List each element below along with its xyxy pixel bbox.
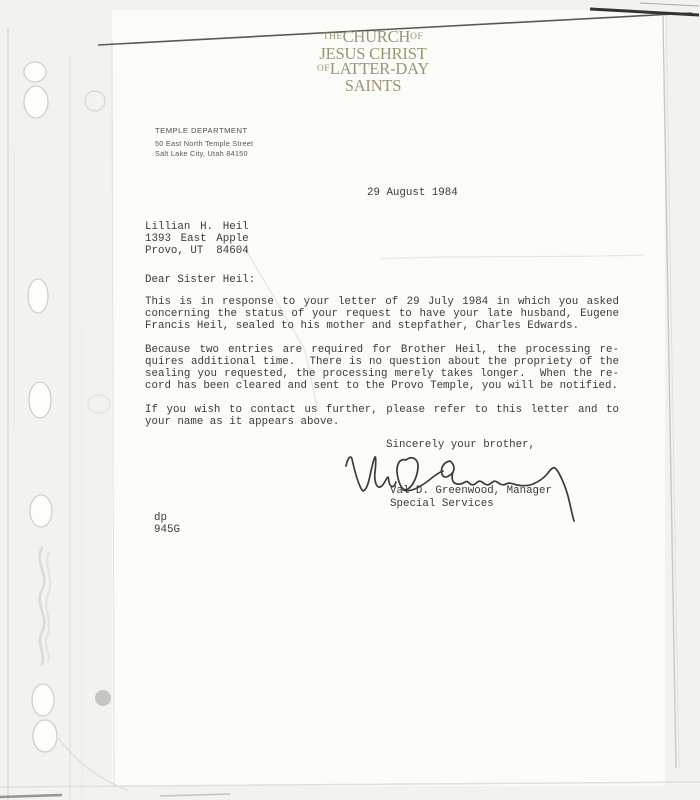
punch-hole xyxy=(24,62,46,82)
strip-scribble xyxy=(40,548,51,664)
ghost-hole-mark xyxy=(88,395,110,413)
body-paragraph-1: This is in response to your letter of 29… xyxy=(145,296,619,332)
scan-top-line xyxy=(640,3,699,6)
ghost-ring-mark xyxy=(85,91,105,111)
punch-hole xyxy=(33,720,57,752)
signer-title: Special Services xyxy=(390,498,494,510)
church-logo: THECHURCHOF JESUS CHRIST OFLATTER-DAY SA… xyxy=(288,29,458,93)
text-line: cord has been cleared and sent to the Pr… xyxy=(145,380,619,392)
text-line: Lillian H. Heil xyxy=(145,221,249,233)
department-address: 50 East North Temple StreetSalt Lake Cit… xyxy=(155,139,253,158)
typist-initials: dp xyxy=(154,512,167,524)
punch-hole xyxy=(29,382,51,418)
text-line: concerning the status of your request to… xyxy=(145,308,619,320)
paper-right-edge-2 xyxy=(666,16,679,768)
text-line: quires additional time. There is no ques… xyxy=(145,356,619,368)
body-paragraph-2: Because two entries are required for Bro… xyxy=(145,344,619,393)
punch-holes xyxy=(24,62,57,752)
punch-hole xyxy=(32,684,54,716)
text-line: If you wish to contact us further, pleas… xyxy=(145,404,619,416)
salutation: Dear Sister Heil: xyxy=(145,274,255,286)
scan-bottom-fragment xyxy=(0,795,62,797)
punch-hole xyxy=(30,495,52,527)
recipient-address: Lillian H. Heil1393 East AppleProvo, UT … xyxy=(145,221,249,257)
department-name: TEMPLE DEPARTMENT xyxy=(155,126,248,135)
department-street: 50 East North Temple Street xyxy=(155,139,253,148)
logo-line-4: SAINTS xyxy=(288,78,458,94)
text-line: Provo, UT 84604 xyxy=(145,245,249,257)
letter-date: 29 August 1984 xyxy=(367,187,458,199)
signer-name: Val D. Greenwood, Manager xyxy=(390,485,552,497)
scan-bottom-fragment-2 xyxy=(160,794,230,796)
department-city: Salt Lake City, Utah 84150 xyxy=(155,149,248,158)
punch-hole xyxy=(28,279,48,313)
text-line: sealing you requested, the processing me… xyxy=(145,368,619,380)
logo-the: THE xyxy=(323,32,343,42)
logo-of-2: OF xyxy=(317,64,330,74)
punch-hole xyxy=(24,86,48,118)
body-paragraph-3: If you wish to contact us further, pleas… xyxy=(145,404,619,428)
logo-of: OF xyxy=(410,32,423,42)
gray-dot-mark xyxy=(95,690,111,706)
document-code: 945G xyxy=(154,524,180,536)
text-line: Francis Heil, sealed to his mother and s… xyxy=(145,320,619,332)
text-line: your name as it appears above. xyxy=(145,416,619,428)
text-line: 1393 East Apple xyxy=(145,233,249,245)
text-line: Because two entries are required for Bro… xyxy=(145,344,619,356)
text-line: This is in response to your letter of 29… xyxy=(145,296,619,308)
